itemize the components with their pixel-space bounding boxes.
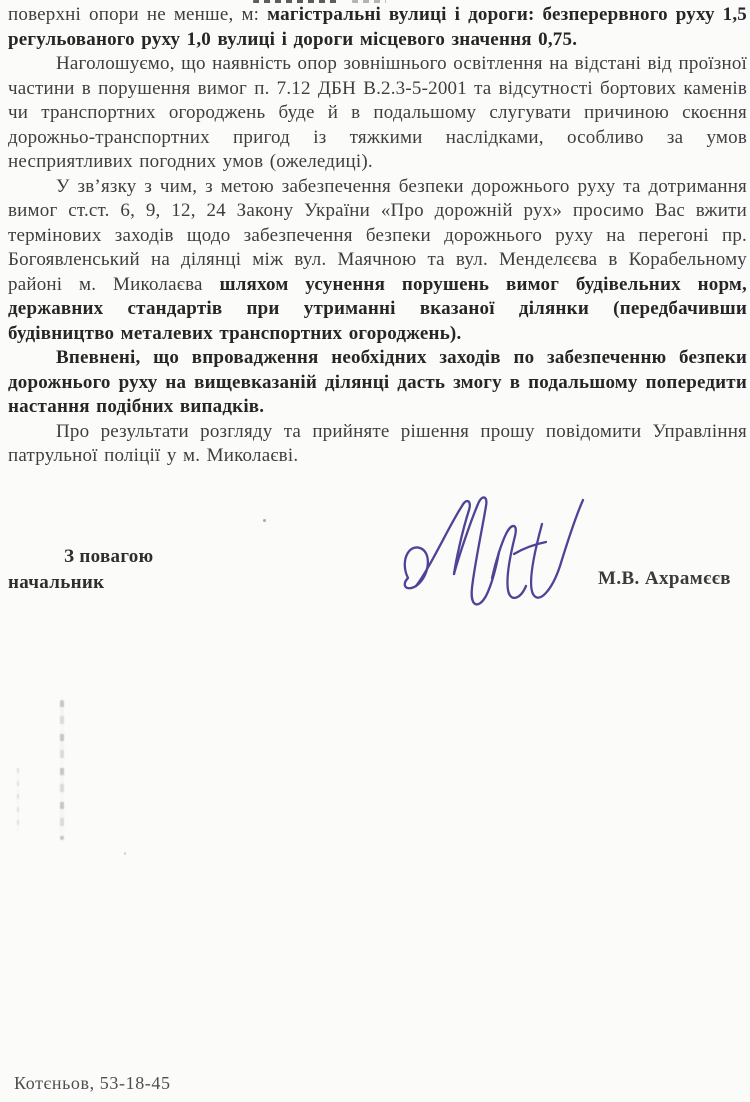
signature-ink	[396, 490, 596, 622]
signer-name: М.В. Ахрамєєв	[598, 568, 748, 590]
paragraph-continuation: поверхні опори не менше, м: магістральні…	[8, 3, 747, 52]
paragraph: Наголошуємо, що наявність опор зовнішньо…	[8, 52, 747, 175]
footer-contact: Котєньов, 53-18-45	[14, 1073, 171, 1094]
scanned-letter-page: поверхні опори не менше, м: магістральні…	[0, 0, 750, 1102]
paragraph-text: поверхні опори не менше, м:	[8, 4, 267, 25]
closing-salutation: З повагою	[64, 546, 153, 568]
paragraph: Впевнені, що впровадження необхідних зах…	[8, 346, 747, 420]
scan-artifact-speck	[263, 519, 266, 522]
letter-body: поверхні опори не менше, м: магістральні…	[8, 3, 747, 469]
paragraph-text: Про результати розгляду та прийняте ріше…	[8, 421, 747, 467]
paragraph-text: Наголошуємо, що наявність опор зовнішньо…	[8, 53, 747, 172]
paragraph: У зв’язку з чим, з метою забезпечення бе…	[8, 175, 747, 347]
signer-title: начальник	[8, 572, 104, 594]
paragraph: Про результати розгляду та прийняте ріше…	[8, 420, 747, 469]
scan-artifact-speck	[124, 852, 126, 855]
paragraph-text-bold: Впевнені, що впровадження необхідних зах…	[8, 347, 747, 417]
scan-artifact-streak	[17, 768, 19, 832]
scan-artifact-streak	[60, 700, 64, 840]
